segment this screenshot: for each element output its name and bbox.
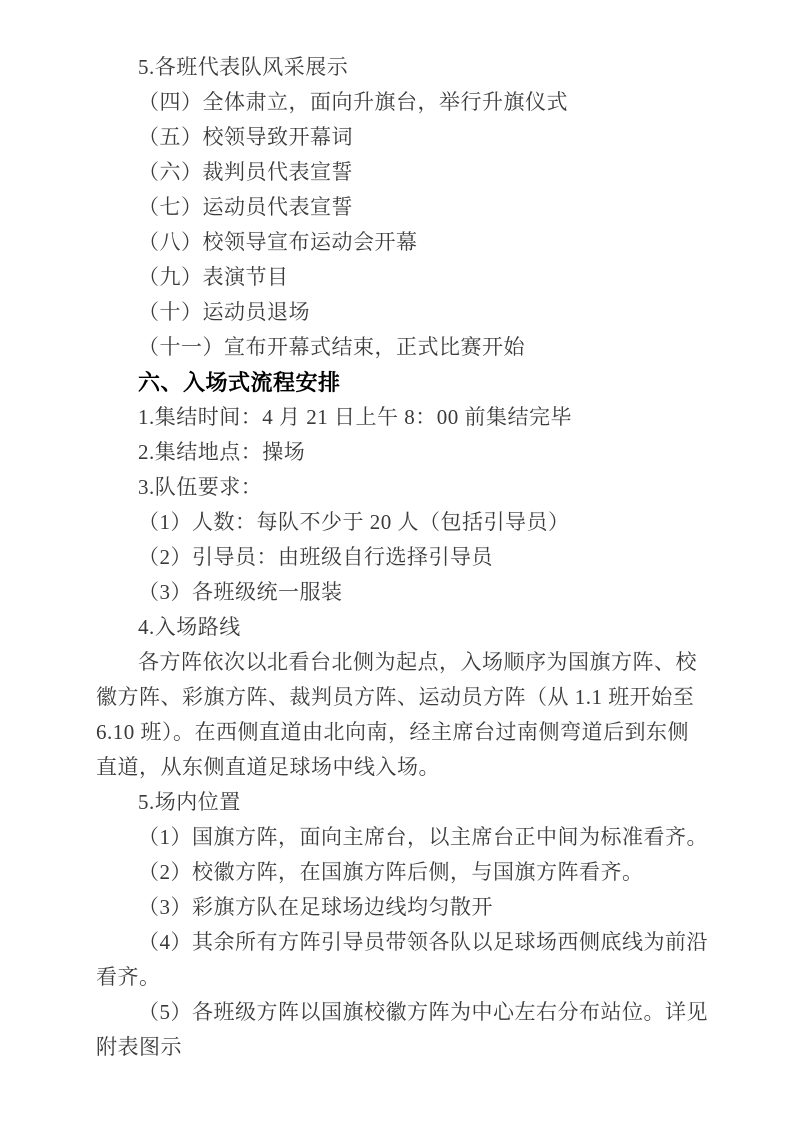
document-line-5: （七）运动员代表宣誓 [96, 190, 698, 225]
document-line-24: （2）校徽方阵，在国旗方阵后侧，与国旗方阵看齐。 [96, 855, 698, 890]
document-line-11: 1.集结时间：4 月 21 日上午 8：00 前集结完毕 [96, 400, 698, 435]
document-line-7: （九）表演节目 [96, 260, 698, 295]
document-line-2: （四）全体肃立，面向升旗台，举行升旗仪式 [96, 85, 698, 120]
document-line-15: （2）引导员：由班级自行选择引导员 [96, 540, 698, 575]
document-content: 5.各班代表队风采展示（四）全体肃立，面向升旗台，举行升旗仪式（五）校领导致开幕… [96, 50, 698, 1065]
document-line-18: 各方阵依次以北看台北侧为起点，入场顺序为国旗方阵、校 [96, 645, 698, 680]
section-heading: 六、入场式流程安排 [96, 365, 698, 400]
document-line-21: 直道，从东侧直道足球场中线入场。 [96, 750, 698, 785]
document-line-19: 徽方阵、彩旗方阵、裁判员方阵、运动员方阵（从 1.1 班开始至 [96, 680, 698, 715]
document-line-26: （4）其余所有方阵引导员带领各队以足球场西侧底线为前沿 [96, 925, 698, 960]
document-line-12: 2.集结地点：操场 [96, 435, 698, 470]
document-line-13: 3.队伍要求： [96, 470, 698, 505]
document-line-1: 5.各班代表队风采展示 [96, 50, 698, 85]
document-line-16: （3）各班级统一服装 [96, 575, 698, 610]
document-line-3: （五）校领导致开幕词 [96, 120, 698, 155]
document-line-9: （十一）宣布开幕式结束，正式比赛开始 [96, 330, 698, 365]
document-line-4: （六）裁判员代表宣誓 [96, 155, 698, 190]
document-line-20: 6.10 班）。在西侧直道由北向南，经主席台过南侧弯道后到东侧 [96, 715, 698, 750]
document-line-8: （十）运动员退场 [96, 295, 698, 330]
document-line-6: （八）校领导宣布运动会开幕 [96, 225, 698, 260]
document-line-22: 5.场内位置 [96, 785, 698, 820]
document-line-25: （3）彩旗方队在足球场边线均匀散开 [96, 890, 698, 925]
document-page: 5.各班代表队风采展示（四）全体肃立，面向升旗台，举行升旗仪式（五）校领导致开幕… [0, 0, 793, 1122]
document-line-27: 看齐。 [96, 960, 698, 995]
document-line-29: 附表图示 [96, 1030, 698, 1065]
document-line-28: （5）各班级方阵以国旗校徽方阵为中心左右分布站位。详见 [96, 995, 698, 1030]
document-line-17: 4.入场路线 [96, 610, 698, 645]
document-line-23: （1）国旗方阵，面向主席台，以主席台正中间为标准看齐。 [96, 820, 698, 855]
document-line-14: （1）人数：每队不少于 20 人（包括引导员） [96, 505, 698, 540]
